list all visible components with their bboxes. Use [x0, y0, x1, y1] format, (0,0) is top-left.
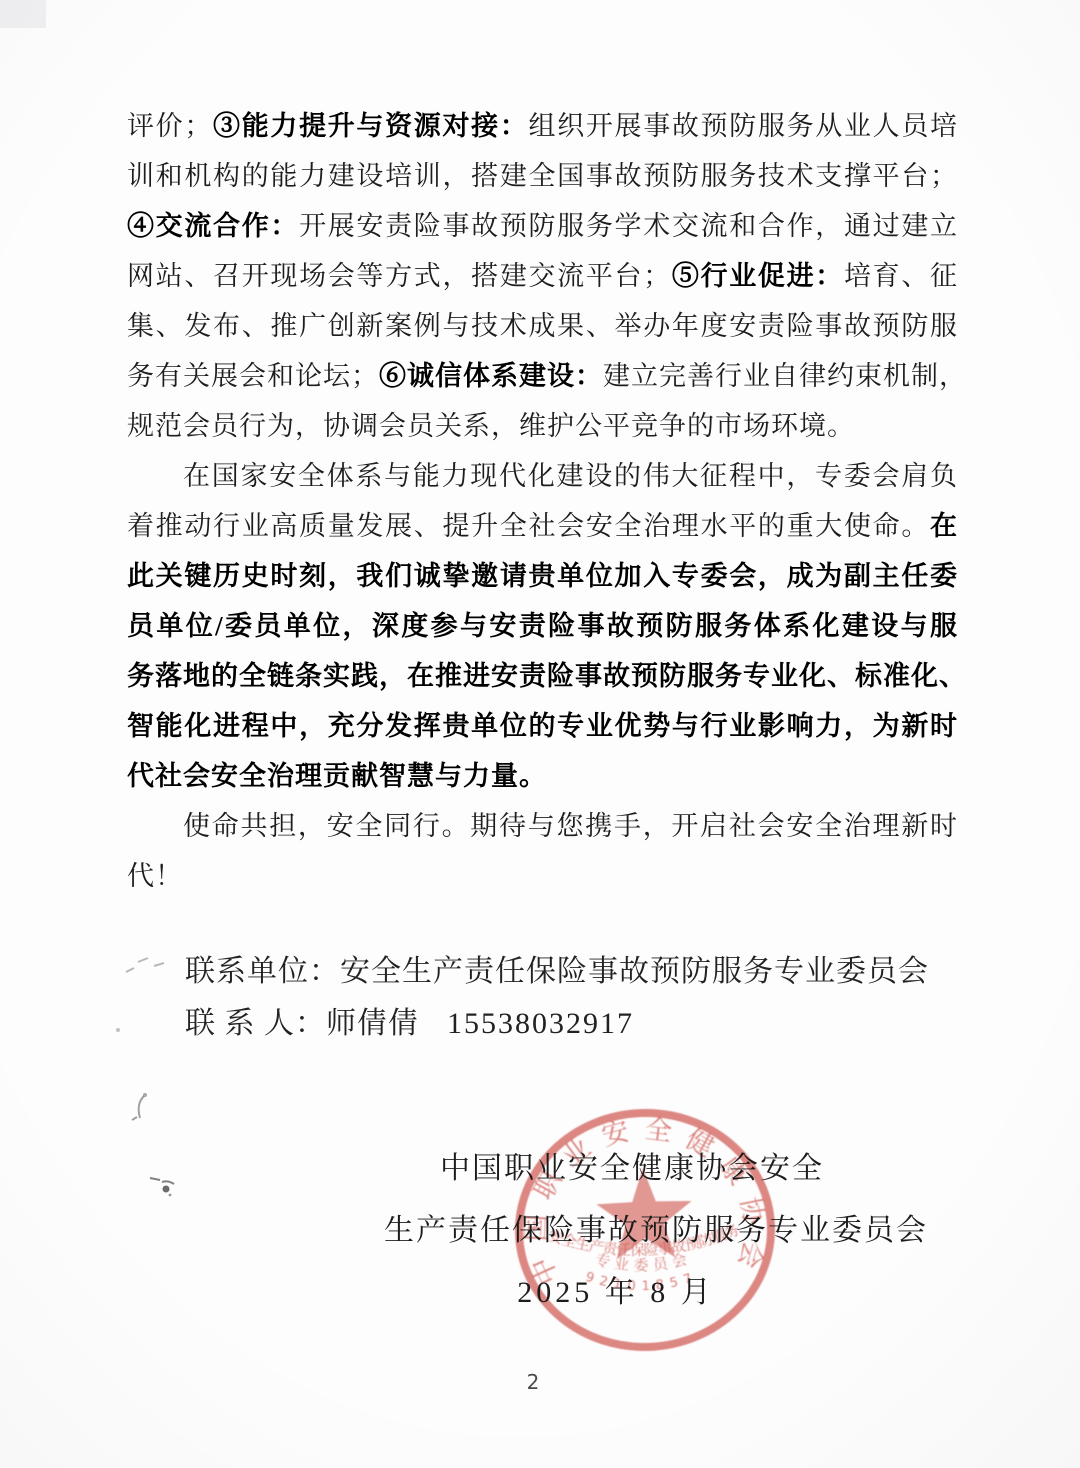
contact-block: 联系单位：安全生产责任保险事故预防服务专业委员会 联 系 人：师倩倩155380…	[185, 946, 929, 1050]
text-line: 在国家安全体系与能力现代化建设的伟大征程中，专委会肩负	[127, 451, 958, 501]
contact-unit-value: 安全生产责任保险事故预防服务专业委员会	[340, 955, 929, 988]
bold-text-segment: 务落地的全链条实践，在推进安责险事故预防服务专业化、标准化、	[127, 661, 958, 691]
text-segment: 组织开展事故预防服务从业人员培	[529, 111, 958, 141]
text-line: 规范会员行为，协调会员关系，维护公平竞争的市场环境。	[127, 401, 958, 451]
text-line: 使命共担，安全同行。期待与您携手，开启社会安全治理新时	[127, 801, 958, 851]
text-line: ④交流合作：开展安责险事故预防服务学术交流和合作，通过建立	[127, 201, 958, 251]
text-line: 网站、召开现场会等方式，搭建交流平台；⑤行业促进：培育、征	[127, 251, 958, 301]
signature-date: 2025 年 8 月	[356, 1262, 876, 1324]
contact-person-label: 联 系 人：	[185, 1007, 326, 1040]
signature-org-line-1: 中国职业安全健康协会安全	[372, 1138, 892, 1200]
contact-unit-line: 联系单位：安全生产责任保险事故预防服务专业委员会	[185, 946, 929, 998]
contact-person-line: 联 系 人：师倩倩15538032917	[185, 998, 929, 1050]
text-line: 代！	[127, 851, 958, 901]
bold-text-segment: 此关键历史时刻，我们诚挚邀请贵单位加入专委会，成为副主任委	[127, 561, 958, 591]
text-line: 智能化进程中，充分发挥贵单位的专业优势与行业影响力，为新时	[127, 701, 958, 751]
text-line: 务有关展会和论坛；⑥诚信体系建设：建立完善行业自律约束机制，	[127, 351, 958, 401]
contact-person-name: 师倩倩	[326, 1007, 419, 1040]
text-segment: 规范会员行为，协调会员关系，维护公平竞争的市场环境。	[127, 411, 855, 441]
ink-blot-artifact	[146, 1170, 182, 1198]
bold-text-segment: ③能力提升与资源对接：	[212, 111, 528, 141]
text-segment: 集、发布、推广创新案例与技术成果、举办年度安责险事故预防服	[127, 311, 958, 341]
document-page: 评价；③能力提升与资源对接：组织开展事故预防服务从业人员培训和机构的能力建设培训…	[0, 0, 1080, 1468]
text-line: 训和机构的能力建设培训，搭建全国事故预防服务技术支撑平台；	[127, 151, 958, 201]
text-line: 评价；③能力提升与资源对接：组织开展事故预防服务从业人员培	[127, 101, 958, 151]
text-line: 务落地的全链条实践，在推进安责险事故预防服务专业化、标准化、	[127, 651, 958, 701]
smudge-artifact	[120, 1090, 160, 1124]
contact-unit-label: 联系单位：	[185, 955, 340, 988]
text-segment: 代！	[127, 861, 183, 891]
text-segment: 培育、征	[844, 261, 958, 291]
text-segment: 开展安责险事故预防服务学术交流和合作，通过建立	[299, 211, 958, 241]
signature-org-line-2: 生产责任保险事故预防服务专业委员会	[384, 1200, 904, 1262]
text-segment: 评价；	[127, 111, 212, 141]
text-line: 集、发布、推广创新案例与技术成果、举办年度安责险事故预防服	[127, 301, 958, 351]
bold-text-segment: 代社会安全治理贡献智慧与力量。	[127, 761, 547, 791]
text-line: 员单位/委员单位，深度参与安责险事故预防服务体系化建设与服	[127, 601, 958, 651]
signature-block: 中国职业安全健康协会安全 生产责任保险事故预防服务专业委员会 2025 年 8 …	[384, 1138, 904, 1324]
text-segment: 建立完善行业自律约束机制，	[603, 361, 958, 391]
bold-text-segment: 在	[930, 511, 958, 541]
text-line: 着推动行业高质量发展、提升全社会安全治理水平的重大使命。在	[127, 501, 958, 551]
page-number: 2	[518, 1370, 548, 1394]
text-line: 代社会安全治理贡献智慧与力量。	[127, 751, 958, 801]
text-segment: 务有关展会和论坛；	[127, 361, 379, 391]
text-segment: 训和机构的能力建设培训，搭建全国事故预防服务技术支撑平台；	[127, 161, 958, 191]
bold-text-segment: ⑥诚信体系建设：	[379, 361, 603, 391]
contact-person-phone: 15538032917	[447, 1007, 634, 1040]
bold-text-segment: 智能化进程中，充分发挥贵单位的专业优势与行业影响力，为新时	[127, 711, 958, 741]
bold-text-segment: ⑤行业促进：	[671, 261, 844, 291]
text-line: 此关键历史时刻，我们诚挚邀请贵单位加入专委会，成为副主任委	[127, 551, 958, 601]
bold-text-segment: ④交流合作：	[127, 211, 299, 241]
text-segment: 网站、召开现场会等方式，搭建交流平台；	[127, 261, 671, 291]
bold-text-segment: 员单位/委员单位，深度参与安责险事故预防服务体系化建设与服	[127, 611, 958, 641]
dust-dot-artifact	[116, 1028, 120, 1032]
text-segment: 使命共担，安全同行。期待与您携手，开启社会安全治理新时	[183, 811, 958, 841]
text-segment: 着推动行业高质量发展、提升全社会安全治理水平的重大使命。	[127, 511, 930, 541]
pen-mark-artifact	[124, 954, 168, 980]
scan-corner-artifact	[0, 0, 46, 28]
text-segment: 在国家安全体系与能力现代化建设的伟大征程中，专委会肩负	[183, 461, 958, 491]
body-text: 评价；③能力提升与资源对接：组织开展事故预防服务从业人员培训和机构的能力建设培训…	[127, 101, 958, 901]
